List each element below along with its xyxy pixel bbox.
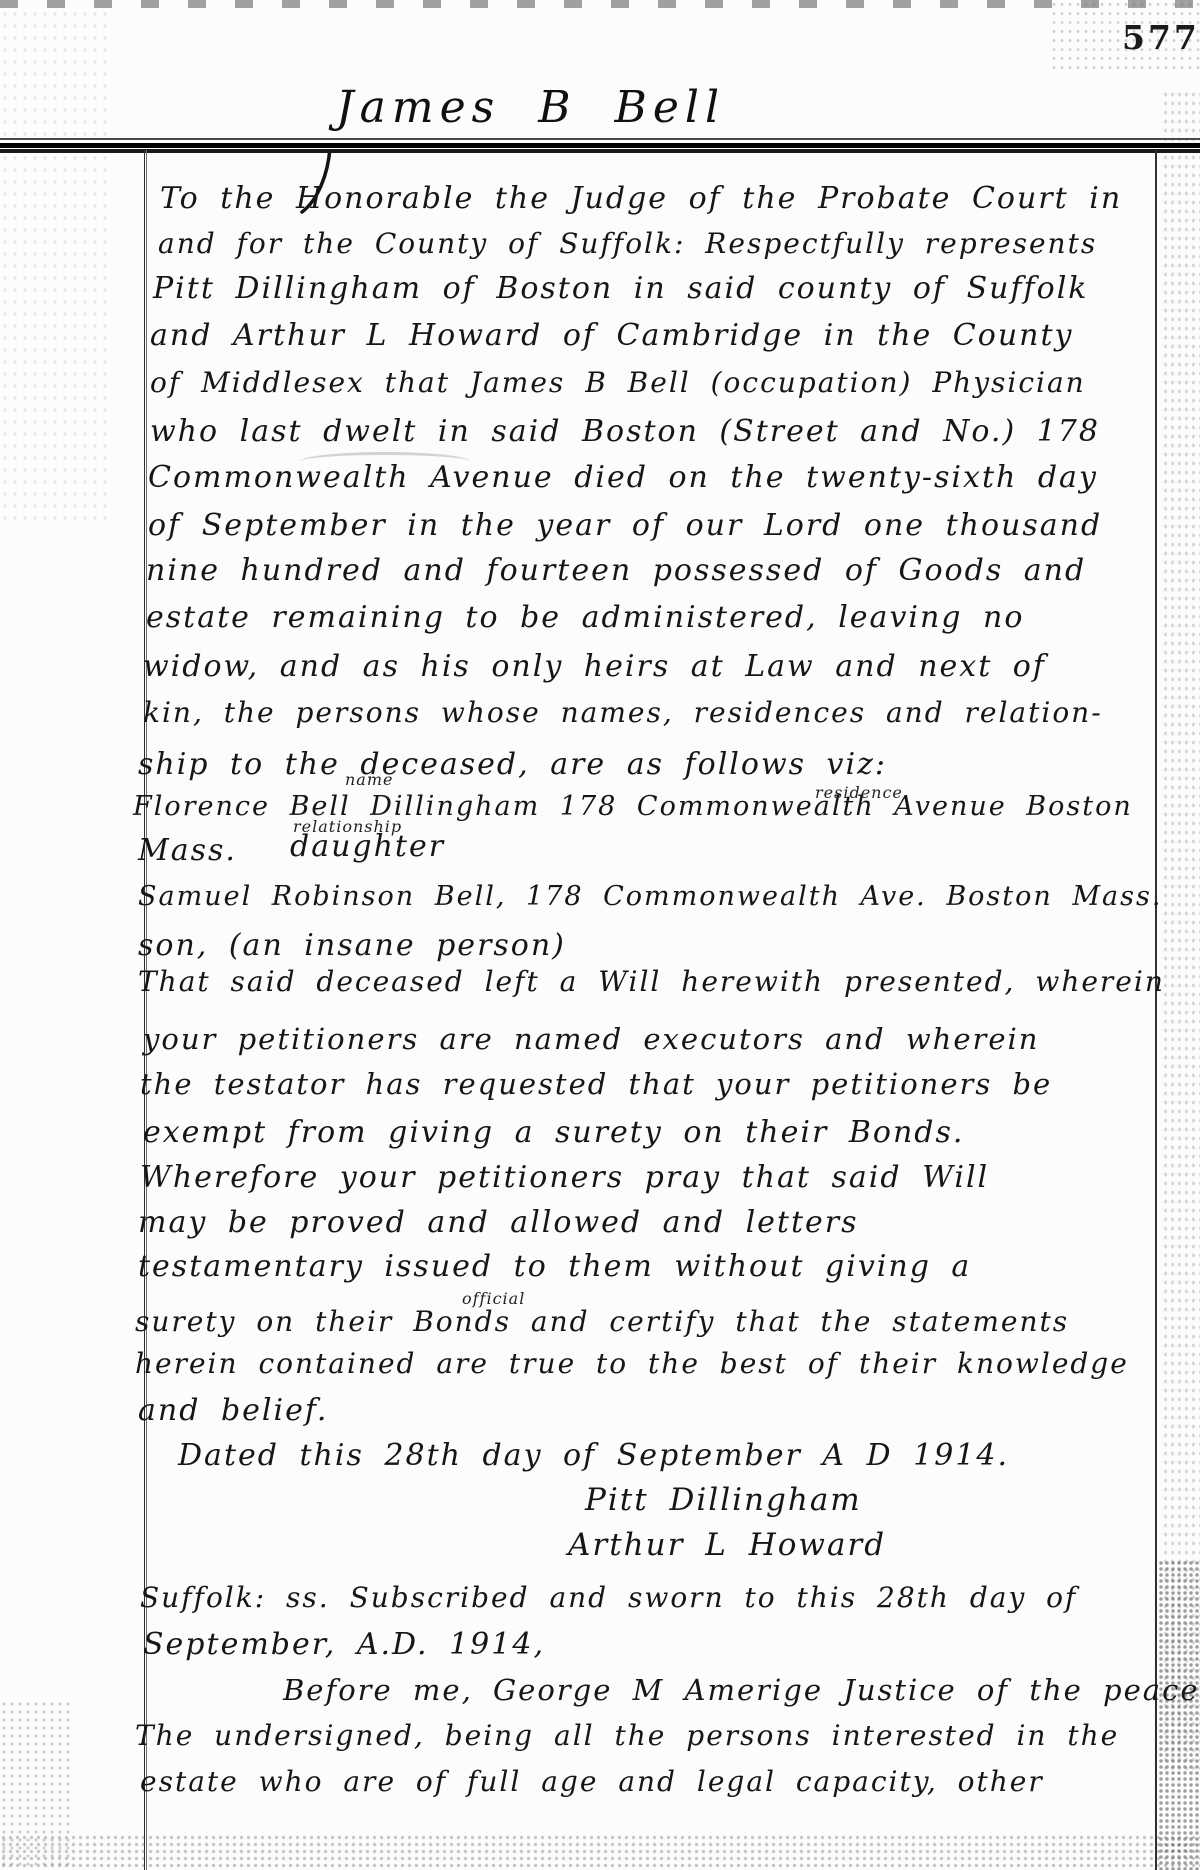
- manuscript-line: may be proved and allowed and letters: [138, 1205, 859, 1240]
- manuscript-line: Before me, George M Amerige Justice of t…: [283, 1673, 1199, 1707]
- scanned-document-page: 577 James B Bell To the Honorable the Ju…: [0, 0, 1200, 1870]
- manuscript-line: Suffolk: ss. Subscribed and sworn to thi…: [140, 1581, 1077, 1614]
- manuscript-line: testamentary issued to them without givi…: [138, 1249, 971, 1284]
- manuscript-line: surety on their Bonds and certify that t…: [135, 1305, 1069, 1338]
- scan-noise-top-left: [0, 8, 110, 528]
- manuscript-line: September, A.D. 1914,: [143, 1627, 545, 1662]
- manuscript-line: exempt from giving a surety on their Bon…: [143, 1115, 964, 1150]
- manuscript-line: of Middlesex that James B Bell (occupati…: [150, 366, 1086, 399]
- manuscript-line: Samuel Robinson Bell, 178 Commonwealth A…: [138, 881, 1162, 912]
- scan-noise-bottom-edge: [0, 1834, 1200, 1870]
- page-number: 577: [1122, 18, 1200, 57]
- interlinear-annotation: relationship: [293, 817, 402, 836]
- manuscript-line: and belief.: [138, 1393, 328, 1428]
- manuscript-line: The undersigned, being all the persons i…: [135, 1719, 1119, 1752]
- manuscript-line: That said deceased left a Will herewith …: [138, 965, 1165, 998]
- interlinear-annotation: official: [462, 1289, 525, 1308]
- manuscript-line: Pitt Dillingham of Boston in said county…: [153, 271, 1088, 306]
- manuscript-line: Mass.: [138, 833, 237, 868]
- manuscript-line: son, (an insane person): [138, 928, 566, 963]
- manuscript-line: Wherefore your petitioners pray that sai…: [140, 1160, 989, 1195]
- interlinear-annotation: name: [345, 770, 393, 789]
- scan-noise-bottom-left: [0, 1700, 70, 1870]
- signature: Pitt Dillingham: [585, 1482, 862, 1518]
- manuscript-line: Dated this 28th day of September A D 191…: [178, 1438, 1009, 1473]
- interlinear-annotation: residence: [815, 783, 903, 802]
- right-margin-rule: [1155, 150, 1157, 1870]
- manuscript-line: nine hundred and fourteen possessed of G…: [146, 553, 1086, 588]
- manuscript-line: and for the County of Suffolk: Respectfu…: [158, 227, 1097, 260]
- manuscript-line: who last dwelt in said Boston (Street an…: [150, 414, 1100, 449]
- manuscript-line: ship to the deceased, are as follows viz…: [138, 747, 887, 782]
- manuscript-line: the testator has requested that your pet…: [140, 1067, 1052, 1101]
- manuscript-line: herein contained are true to the best of…: [135, 1347, 1129, 1380]
- header-double-rule: [0, 128, 1200, 156]
- manuscript-line: kin, the persons whose names, residences…: [143, 696, 1103, 729]
- manuscript-line: of September in the year of our Lord one…: [148, 508, 1102, 543]
- manuscript-line: To the Honorable the Judge of the Probat…: [160, 181, 1122, 216]
- signature: Arthur L Howard: [568, 1527, 886, 1563]
- scan-noise-right-bottom: [1158, 1560, 1200, 1870]
- manuscript-line: estate remaining to be administered, lea…: [146, 600, 1024, 635]
- document-title: James B Bell: [336, 82, 725, 133]
- manuscript-line: Commonwealth Avenue died on the twenty-s…: [148, 460, 1098, 495]
- manuscript-line: your petitioners are named executors and…: [143, 1022, 1039, 1056]
- manuscript-line: Florence Bell Dillingham 178 Commonwealt…: [133, 791, 1133, 822]
- manuscript-line: widow, and as his only heirs at Law and …: [143, 649, 1046, 684]
- manuscript-line: and Arthur L Howard of Cambridge in the …: [150, 318, 1073, 353]
- scan-noise-right-edge: [1162, 90, 1200, 1770]
- scan-noise-top-edge: [0, 0, 1200, 8]
- manuscript-line: estate who are of full age and legal cap…: [140, 1765, 1044, 1798]
